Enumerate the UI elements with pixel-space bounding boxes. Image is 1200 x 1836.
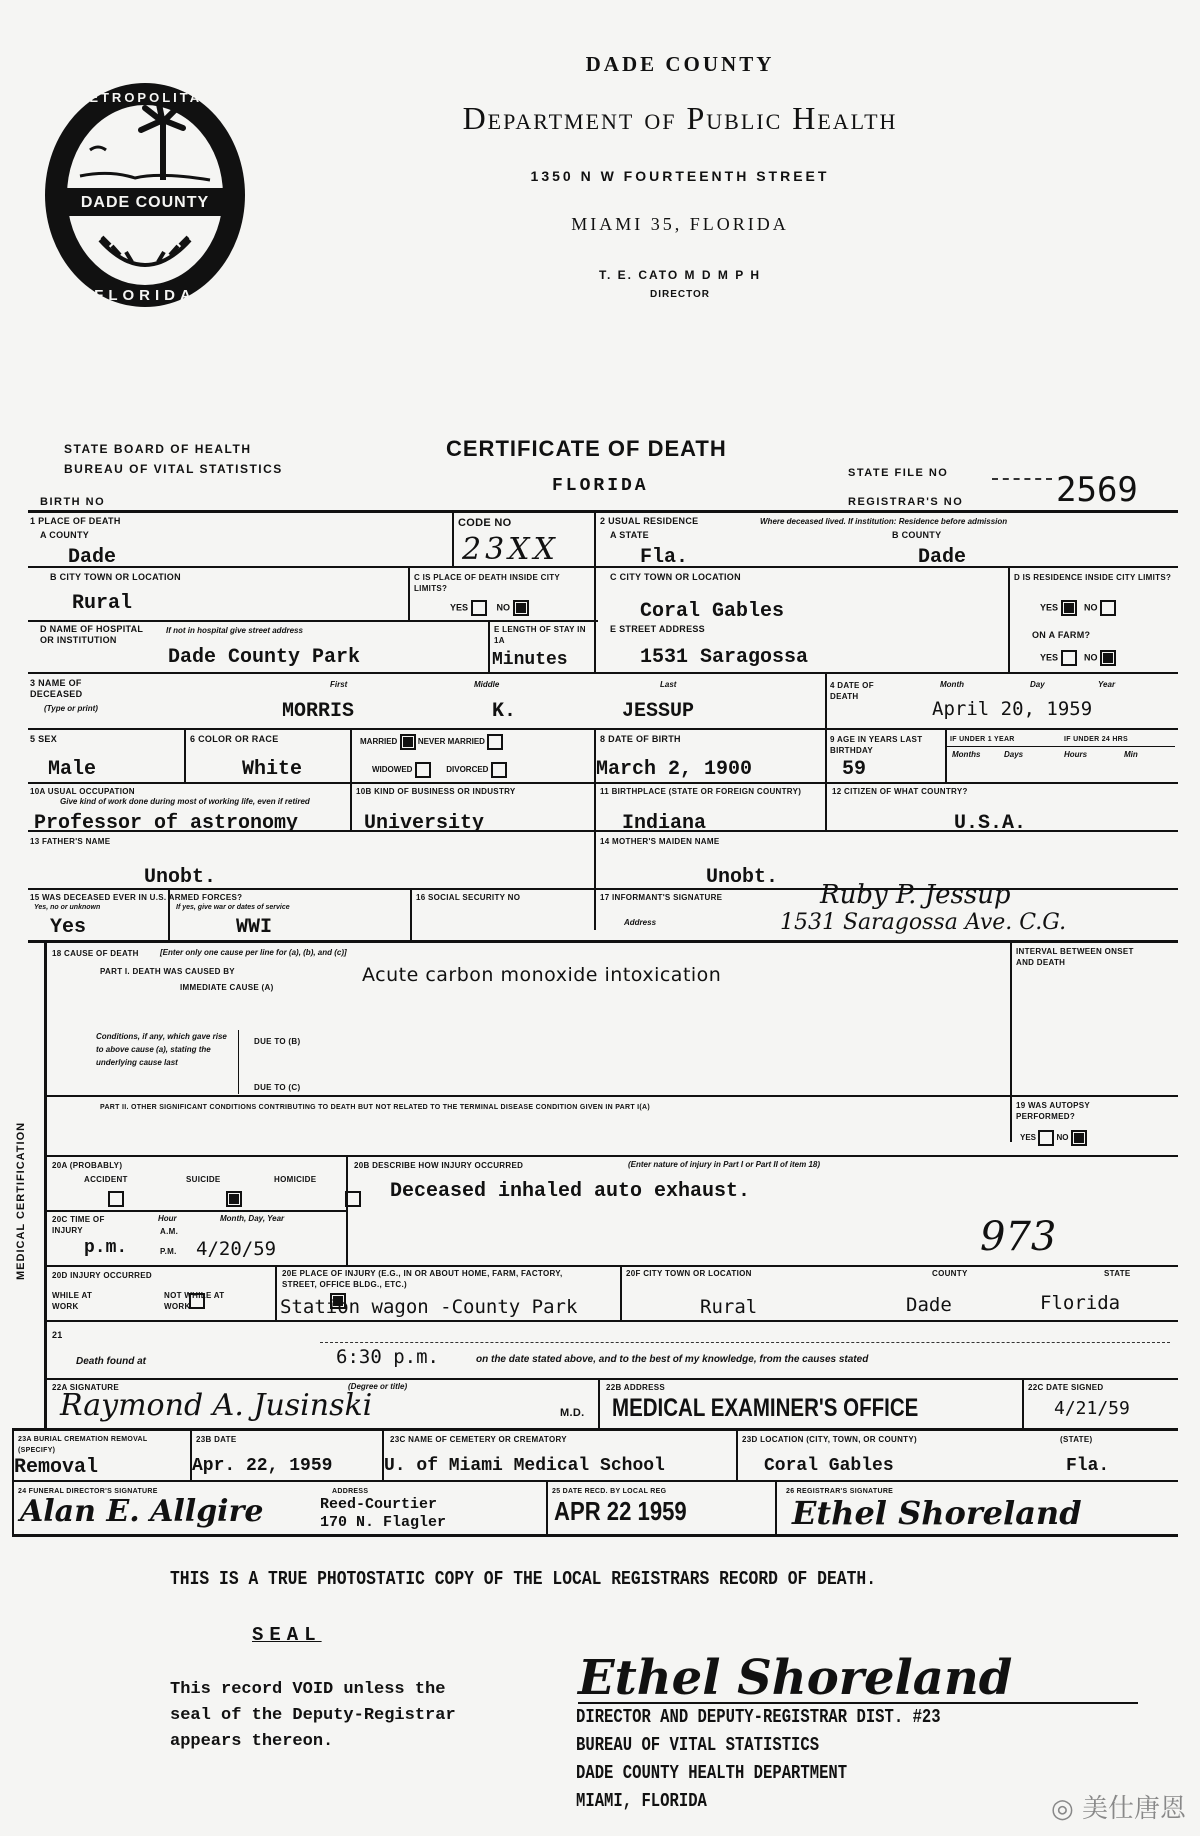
office-line-3: DADE COUNTY HEALTH DEPARTMENT <box>576 1762 847 1784</box>
hospital-value: Dade County Park <box>168 646 360 669</box>
how-injury-label: 20b DESCRIBE HOW INJURY OCCURRED <box>354 1160 523 1171</box>
suicide-label: SUICIDE <box>186 1174 221 1185</box>
office-line-2: BUREAU OF VITAL STATISTICS <box>576 1734 819 1756</box>
while-at-work-label: WHILE AT WORK <box>52 1290 112 1312</box>
cemetery-value: U. of Miami Medical School <box>384 1456 665 1476</box>
manner-label: 20a (Probably) <box>52 1160 122 1171</box>
watermark: ◎ 美仕唐恩 <box>1051 1788 1186 1825</box>
homicide-label: HOMICIDE <box>274 1174 316 1185</box>
under-24-hrs-label: IF UNDER 24 HRS <box>1064 734 1128 745</box>
state-file-number: 2569 <box>1056 470 1138 510</box>
inside-limits-yes-checkbox[interactable] <box>471 600 487 616</box>
disposition-state-label: (State) <box>1060 1434 1092 1445</box>
date-signed-value: 4/21/59 <box>1054 1398 1130 1419</box>
time-of-injury-label: 20c TIME OF INJURY <box>52 1214 112 1236</box>
age-label: 9 AGE In years last birthday <box>830 734 940 756</box>
days-label: Days <box>1004 750 1023 759</box>
location-label: 23d LOCATION (City, town, or county) <box>742 1434 917 1445</box>
letterhead-department: Department of Public Health <box>300 100 1060 137</box>
death-found-label: Death found at <box>76 1356 146 1367</box>
cemetery-label: 23c NAME OF CEMETERY OR CREMATORY <box>390 1434 567 1445</box>
residence-city-value: Coral Gables <box>640 600 784 623</box>
father-name-value: Unobt. <box>144 866 216 889</box>
armed-note-2: If yes, give war or dates of service <box>176 904 290 911</box>
svg-text:FLORIDA: FLORIDA <box>94 287 196 304</box>
date-signed-label: 22c DATE SIGNED <box>1028 1382 1103 1393</box>
copy-statement: THIS IS A TRUE PHOTOSTATIC COPY OF THE L… <box>170 1568 876 1590</box>
date-of-birth-value: March 2, 1900 <box>596 758 752 781</box>
disposition-state-value: Fla. <box>1066 1456 1109 1476</box>
accident-label: ACCIDENT <box>84 1174 128 1185</box>
month-day-year-label: Month, Day, Year <box>220 1214 284 1223</box>
pm-label: p.m. <box>160 1246 177 1257</box>
citizen-label: 12 CITIZEN OF WHAT COUNTRY? <box>832 786 968 797</box>
occupation-note: Give kind of work done during most of wo… <box>60 797 340 806</box>
void-line-3: appears thereon. <box>170 1732 333 1751</box>
location-value: Coral Gables <box>764 1456 894 1476</box>
type-or-print-note: (Type or print) <box>44 704 98 713</box>
under-1-year-label: IF UNDER 1 YEAR <box>950 734 1015 745</box>
time-date-value: 4/20/59 <box>196 1238 276 1260</box>
hospital-note: If not in hospital give street address <box>166 626 303 635</box>
date-of-death-label: 4 DATE OF DEATH <box>830 680 878 702</box>
marital-status-group: MARRIED NEVER MARRIED <box>360 734 503 750</box>
usual-residence-label: 2 USUAL RESIDENCE <box>600 516 698 527</box>
letterhead-county: DADE COUNTY <box>300 52 1060 77</box>
month-label: Month <box>940 680 964 689</box>
weibo-icon: ◎ <box>1051 1794 1074 1824</box>
void-line-2: seal of the Deputy-Registrar <box>170 1706 456 1725</box>
injury-state-label: STATE <box>1104 1268 1131 1279</box>
informant-signature: Ruby P. Jessup <box>820 880 1011 910</box>
state-board-label: STATE BOARD OF HEALTH <box>64 444 252 455</box>
street-address-value: 1531 Saragossa <box>640 646 808 669</box>
degree-value: M.D. <box>560 1408 584 1419</box>
autopsy-label: 19 WAS AUTOPSY PERFORMED? <box>1016 1100 1136 1122</box>
street-address-label: e STREET ADDRESS <box>610 624 705 635</box>
cause-of-death-label: 18 CAUSE OF DEATH <box>52 948 139 959</box>
residence-inside-no-checkbox[interactable] <box>1100 600 1116 616</box>
residence-inside-options: YES NO <box>1040 600 1116 616</box>
widowed-checkbox[interactable] <box>415 762 431 778</box>
on-farm-options: YES NO <box>1040 650 1116 666</box>
case-number: 973 <box>980 1214 1056 1260</box>
autopsy-no-checkbox[interactable] <box>1071 1130 1087 1146</box>
code-no-label: CODE NO <box>458 518 511 529</box>
race-value: White <box>242 758 302 781</box>
birthplace-value: Indiana <box>622 812 706 835</box>
autopsy-yes-checkbox[interactable] <box>1038 1130 1054 1146</box>
dade-county-seal-icon: DADE COUNTY METROPOLITAN FLORIDA <box>40 80 250 310</box>
physician-signature: Raymond A. Jusinski <box>60 1388 372 1423</box>
injury-occurred-label: 20d INJURY OCCURRED <box>52 1270 152 1281</box>
conditions-note: Conditions, if any, which gave rise to a… <box>96 1030 236 1069</box>
mother-name-value: Unobt. <box>706 866 778 889</box>
seal-label: SEAL <box>252 1624 322 1646</box>
father-name-label: 13 FATHER'S NAME <box>30 836 110 847</box>
occupation-value: Professor of astronomy <box>34 812 298 835</box>
residence-inside-limits-label: d IS RESIDENCE INSIDE CITY LIMITS? <box>1014 572 1174 583</box>
sex-label: 5 SEX <box>30 734 57 745</box>
war-value: WWI <box>236 916 272 939</box>
am-label: a.m. <box>160 1226 178 1237</box>
months-label: Months <box>952 750 980 759</box>
length-of-stay-value: Minutes <box>492 650 568 670</box>
last-name-label: Last <box>660 680 676 689</box>
last-name-value: JESSUP <box>622 700 694 723</box>
first-name-label: First <box>330 680 347 689</box>
suicide-checkbox[interactable] <box>226 1191 242 1207</box>
divorced-checkbox[interactable] <box>491 762 507 778</box>
length-of-stay-label: e LENGTH OF STAY IN 1A <box>494 624 590 646</box>
hours-label: Hours <box>1064 750 1087 759</box>
injury-county-label: COUNTY <box>932 1268 968 1279</box>
burial-date-value: Apr. 22, 1959 <box>192 1456 332 1476</box>
bureau-label: BUREAU OF VITAL STATISTICS <box>64 464 283 475</box>
office-line-4: MIAMI, FLORIDA <box>576 1790 707 1812</box>
year-label: Year <box>1098 680 1115 689</box>
birthplace-label: 11 BIRTHPLACE (State or foreign country) <box>600 786 801 797</box>
how-injury-note: (Enter nature of injury in Part I or Par… <box>628 1160 820 1169</box>
time-hour-value: p.m. <box>84 1238 127 1258</box>
letterhead-director-title: DIRECTOR <box>300 289 1060 300</box>
inside-limits-label: c IS PLACE OF DEATH INSIDE CITY LIMITS? <box>414 572 594 594</box>
residence-city-label: c CITY TOWN OR LOCATION <box>610 572 741 583</box>
inside-limits-no-checkbox[interactable] <box>513 600 529 616</box>
funeral-director-signature: Alan E. Allgire <box>20 1494 263 1529</box>
svg-text:DADE COUNTY: DADE COUNTY <box>81 194 209 211</box>
part2-label: PART II. OTHER SIGNIFICANT CONDITIONS CO… <box>100 1102 650 1113</box>
place-of-injury-value: Station wagon -County Park <box>280 1296 577 1318</box>
place-of-injury-label: 20e PLACE OF INJURY (e.g., in or about h… <box>282 1268 582 1290</box>
inside-limits-options: YES NO <box>450 600 529 616</box>
residence-county-value: Dade <box>918 546 966 569</box>
residence-county-label: b COUNTY <box>892 530 941 541</box>
injury-county-value: Dade <box>906 1294 952 1316</box>
office-line-1: DIRECTOR AND DEPUTY-REGISTRAR DIST. #23 <box>576 1706 941 1728</box>
date-received-stamp: APR 22 1959 <box>554 1496 687 1527</box>
armed-note-1: Yes, no or unknown <box>34 904 100 911</box>
registrar-no-label: REGISTRAR'S NO <box>848 497 963 508</box>
residence-state-value: Fla. <box>640 546 688 569</box>
medical-examiner-address: MEDICAL EXAMINER'S OFFICE <box>612 1394 918 1423</box>
funeral-address-line1: Reed-Courtier <box>320 1496 437 1513</box>
homicide-checkbox[interactable] <box>345 1191 361 1207</box>
deputy-registrar-signature: Ethel Shoreland <box>578 1650 1012 1706</box>
informant-address-value: 1531 Saragossa Ave. C.G. <box>780 910 1066 935</box>
on-farm-label: ON A FARM? <box>1032 630 1090 641</box>
place-of-death-label: 1 PLACE OF DEATH <box>30 516 121 527</box>
date-of-death-value: April 20, 1959 <box>932 698 1092 720</box>
certificate-title: CERTIFICATE OF DEATH <box>446 436 727 462</box>
item-21-label: 21 <box>52 1330 63 1341</box>
immediate-cause-label: IMMEDIATE CAUSE (a) <box>180 982 274 993</box>
injury-city-label: 20f CITY TOWN OR LOCATION <box>626 1268 752 1279</box>
residence-note: Where deceased lived. If institution: Re… <box>760 517 1007 526</box>
day-label: Day <box>1030 680 1045 689</box>
void-line-1: This record VOID unless the <box>170 1680 445 1699</box>
immediate-cause-value: Acute carbon monoxide intoxication <box>362 964 721 986</box>
race-label: 6 COLOR OR RACE <box>190 734 279 745</box>
citizen-value: U.S.A. <box>954 812 1026 835</box>
death-county-value: Dade <box>68 546 116 569</box>
never-married-checkbox[interactable] <box>487 734 503 750</box>
married-checkbox[interactable] <box>400 734 416 750</box>
injury-city-value: Rural <box>700 1296 757 1318</box>
interval-onset-label: INTERVAL BETWEEN ONSET AND DEATH <box>1016 946 1146 968</box>
age-value: 59 <box>842 758 866 781</box>
part1-label: PART I. DEATH WAS CAUSED BY <box>100 966 235 977</box>
informant-address-label: Address <box>624 918 656 927</box>
hour-label: Hour <box>158 1214 177 1223</box>
on-farm-yes-checkbox[interactable] <box>1061 650 1077 666</box>
middle-name-label: Middle <box>474 680 499 689</box>
armed-forces-value: Yes <box>50 916 86 939</box>
due-to-b-label: DUE TO (b) <box>254 1036 300 1047</box>
code-no-value: 23XX <box>462 532 559 567</box>
occupation-label: 10a USUAL OCCUPATION <box>30 786 135 797</box>
min-label: Min <box>1124 750 1138 759</box>
letterhead-director-name: T. E. CATO M D M P H <box>300 268 1060 282</box>
informant-label: 17 INFORMANT'S SIGNATURE <box>600 892 722 903</box>
item-21-text: on the date stated above, and to the bes… <box>476 1354 868 1365</box>
mother-name-label: 14 MOTHER'S MAIDEN NAME <box>600 836 719 847</box>
address-label: 22b ADDRESS <box>606 1382 665 1393</box>
burial-date-label: 23b DATE <box>196 1434 236 1445</box>
injury-state-value: Florida <box>1040 1292 1120 1314</box>
death-city-value: Rural <box>72 592 132 615</box>
how-injury-value: Deceased inhaled auto exhaust. <box>390 1180 750 1203</box>
cause-note: [Enter only one cause per line for (a), … <box>160 948 347 957</box>
death-time-value: 6:30 p.m. <box>336 1346 439 1368</box>
not-while-at-work-label: NOT WHILE AT WORK <box>164 1290 234 1312</box>
letterhead-address: 1350 N W FOURTEENTH STREET <box>300 168 1060 184</box>
state-file-label: STATE FILE NO <box>848 468 948 479</box>
funeral-address-line2: 170 N. Flagler <box>320 1514 446 1531</box>
residence-state-label: a STATE <box>610 530 649 541</box>
certificate-state: FLORIDA <box>552 476 649 496</box>
city-town-label: b CITY TOWN OR LOCATION <box>50 572 181 583</box>
county-label: a COUNTY <box>40 530 89 541</box>
armed-forces-label: 15 WAS DECEASED EVER IN U.S. ARMED FORCE… <box>30 892 242 903</box>
on-farm-no-checkbox[interactable] <box>1100 650 1116 666</box>
autopsy-options: YES NO <box>1020 1130 1087 1146</box>
date-of-birth-label: 8 DATE OF BIRTH <box>600 734 681 745</box>
accident-checkbox[interactable] <box>108 1191 124 1207</box>
due-to-c-label: DUE TO (c) <box>254 1082 300 1093</box>
birth-no-label: BIRTH NO <box>40 497 105 508</box>
burial-label: 23a BURIAL CREMATION REMOVAL (Specify) <box>18 1434 178 1456</box>
registrar-signature: Ethel Shoreland <box>792 1494 1082 1532</box>
burial-value: Removal <box>14 1456 98 1479</box>
letterhead-city: MIAMI 35, FLORIDA <box>300 214 1060 235</box>
marital-status-group-2: WIDOWED DIVORCED <box>372 762 507 778</box>
hospital-label: d NAME OF HOSPITAL OR INSTITUTION <box>40 624 150 646</box>
business-label: 10b KIND OF BUSINESS OR INDUSTRY <box>356 786 516 797</box>
sex-value: Male <box>48 758 96 781</box>
middle-name-value: K. <box>492 700 516 723</box>
residence-inside-yes-checkbox[interactable] <box>1061 600 1077 616</box>
ssn-label: 16 SOCIAL SECURITY NO <box>416 892 520 903</box>
deceased-name-label: 3 NAME OF DECEASED <box>30 678 130 700</box>
svg-text:METROPOLITAN: METROPOLITAN <box>75 90 214 105</box>
medical-certification-side-label: MEDICAL CERTIFICATION <box>16 1122 27 1280</box>
business-value: University <box>364 812 484 835</box>
first-name-value: MORRIS <box>282 700 354 723</box>
